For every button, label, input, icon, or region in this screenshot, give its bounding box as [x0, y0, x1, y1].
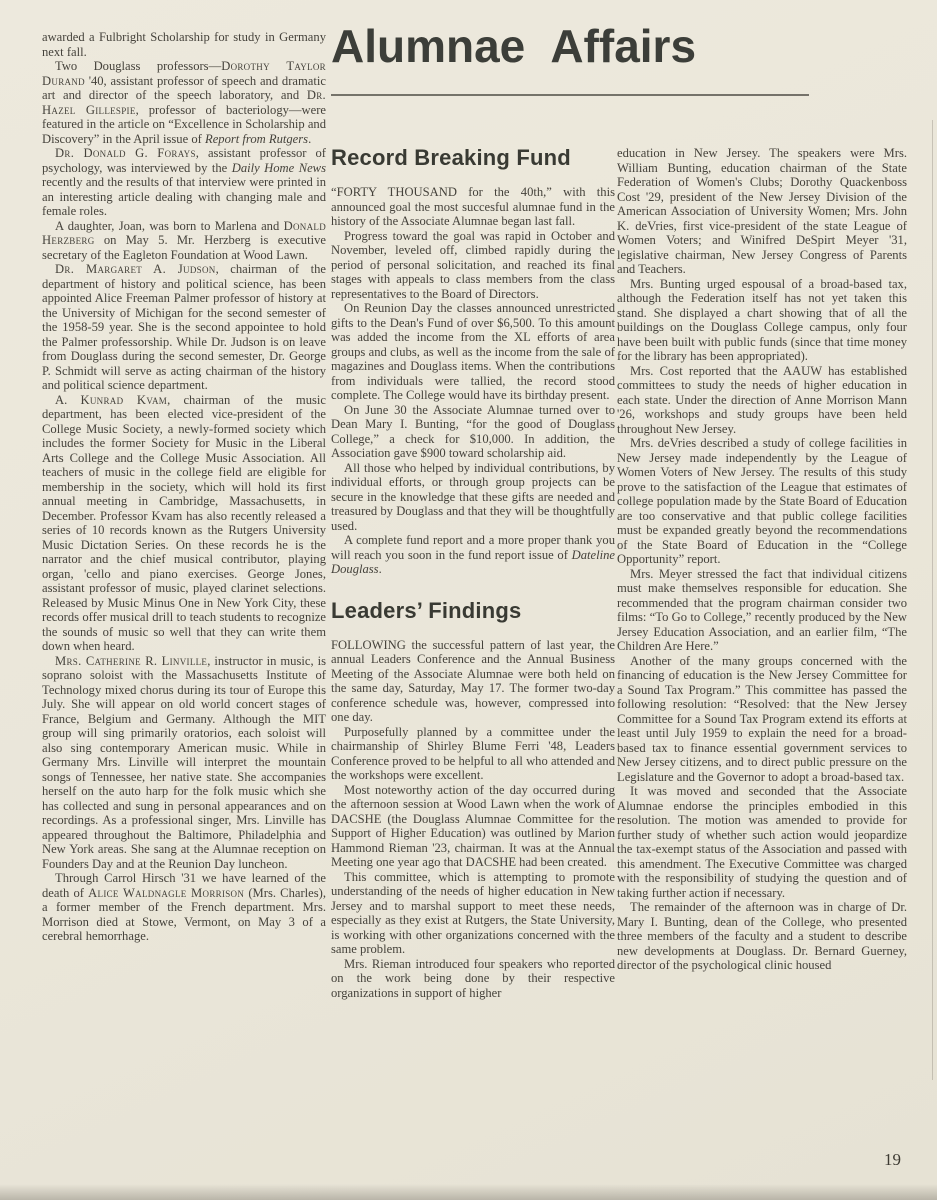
- paragraph: A daughter, Joan, was born to Marlena an…: [42, 219, 326, 263]
- right-column: education in New Jersey. The speakers we…: [617, 146, 907, 1186]
- paragraph: Mrs. Meyer stressed the fact that indivi…: [617, 567, 907, 654]
- paragraph: awarded a Fulbright Scholarship for stud…: [42, 30, 326, 59]
- section-heading: Leaders’ Findings: [331, 599, 615, 623]
- paragraph: Mrs. Bunting urged espousal of a broad-b…: [617, 277, 907, 364]
- article-section: Record Breaking Fund“FORTY THOUSAND for …: [331, 146, 615, 577]
- paragraph: This committee, which is attempting to p…: [331, 870, 615, 957]
- paragraph: A complete fund report and a more proper…: [331, 533, 615, 577]
- page-title: Alumnae Affairs: [331, 22, 809, 70]
- paragraph: FOLLOWING the successful pattern of last…: [331, 638, 615, 725]
- left-column: awarded a Fulbright Scholarship for stud…: [42, 30, 326, 1180]
- paragraph: All those who helped by individual contr…: [331, 461, 615, 534]
- paragraph: Dr. Margaret A. Judson, chairman of the …: [42, 262, 326, 393]
- paragraph: On Reunion Day the classes announced unr…: [331, 301, 615, 403]
- magazine-page: Alumnae Affairs awarded a Fulbright Scho…: [0, 0, 937, 1200]
- paragraph: education in New Jersey. The speakers we…: [617, 146, 907, 277]
- masthead-rule: [331, 94, 809, 96]
- page-number: 19: [884, 1150, 901, 1170]
- middle-column: Record Breaking Fund“FORTY THOUSAND for …: [331, 146, 615, 1186]
- paragraph: Mrs. Cost reported that the AAUW has est…: [617, 364, 907, 437]
- paragraph: Mrs. Catherine R. Linville, instructor i…: [42, 654, 326, 872]
- paragraph: It was moved and seconded that the Assoc…: [617, 784, 907, 900]
- paragraph: Progress toward the goal was rapid in Oc…: [331, 229, 615, 302]
- paragraph: Purposefully planned by a committee unde…: [331, 725, 615, 783]
- article-section: Leaders’ FindingsFOLLOWING the successfu…: [331, 599, 615, 1001]
- paragraph: Mrs. Rieman introduced four speakers who…: [331, 957, 615, 1001]
- paragraph: Two Douglass professors—Dorothy Taylor D…: [42, 59, 326, 146]
- paragraph: The remainder of the afternoon was in ch…: [617, 900, 907, 973]
- paragraph: Through Carrol Hirsch '31 we have learne…: [42, 871, 326, 944]
- paragraph: Most noteworthy action of the day occurr…: [331, 783, 615, 870]
- masthead: Alumnae Affairs: [331, 22, 809, 96]
- paragraph: On June 30 the Associate Alumnae turned …: [331, 403, 615, 461]
- paragraph: “FORTY THOUSAND for the 40th,” with this…: [331, 185, 615, 229]
- paragraph: A. Kunrad Kvam, chairman of the music de…: [42, 393, 326, 654]
- scan-edge-line: [932, 120, 933, 1080]
- section-heading: Record Breaking Fund: [331, 146, 615, 170]
- paragraph: Another of the many groups concerned wit…: [617, 654, 907, 785]
- paragraph: Mrs. deVries described a study of colleg…: [617, 436, 907, 567]
- scan-shadow: [0, 1184, 937, 1200]
- paragraph: Dr. Donald G. Forays, assistant professo…: [42, 146, 326, 219]
